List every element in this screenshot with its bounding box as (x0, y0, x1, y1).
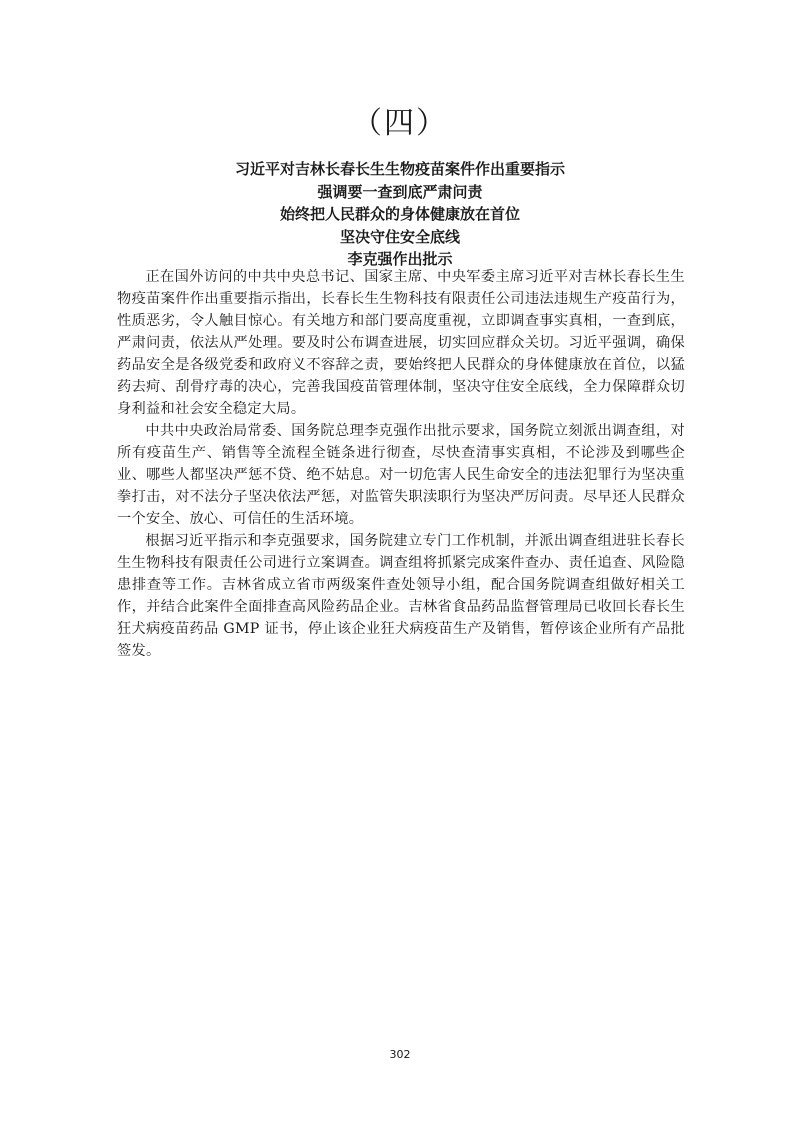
article-headlines: 习近平对吉林长春长生生物疫苗案件作出重要指示 强调要一查到底严肃问责 始终把人民… (0, 158, 800, 271)
headline-sub-2: 始终把人民群众的身体健康放在首位 (0, 203, 800, 226)
paragraph: 中共中央政治局常委、国务院总理李克强作出批示要求，国务院立刻派出调查组，对所有疫… (117, 420, 685, 530)
article-body: 正在国外访问的中共中央总书记、国家主席、中央军委主席习近平对吉林长春长生生物疫苗… (117, 266, 685, 662)
paragraph: 根据习近平指示和李克强要求，国务院建立专门工作机制，并派出调查组进驻长春长生生物… (117, 530, 685, 662)
chapter-heading: （四） (0, 98, 800, 142)
headline-sub-1: 强调要一查到底严肃问责 (0, 181, 800, 204)
page-number: 302 (0, 1048, 800, 1061)
paragraph: 正在国外访问的中共中央总书记、国家主席、中央军委主席习近平对吉林长春长生生物疫苗… (117, 266, 685, 420)
headline-sub-3: 坚决守住安全底线 (0, 226, 800, 249)
headline-main: 习近平对吉林长春长生生物疫苗案件作出重要指示 (0, 158, 800, 181)
